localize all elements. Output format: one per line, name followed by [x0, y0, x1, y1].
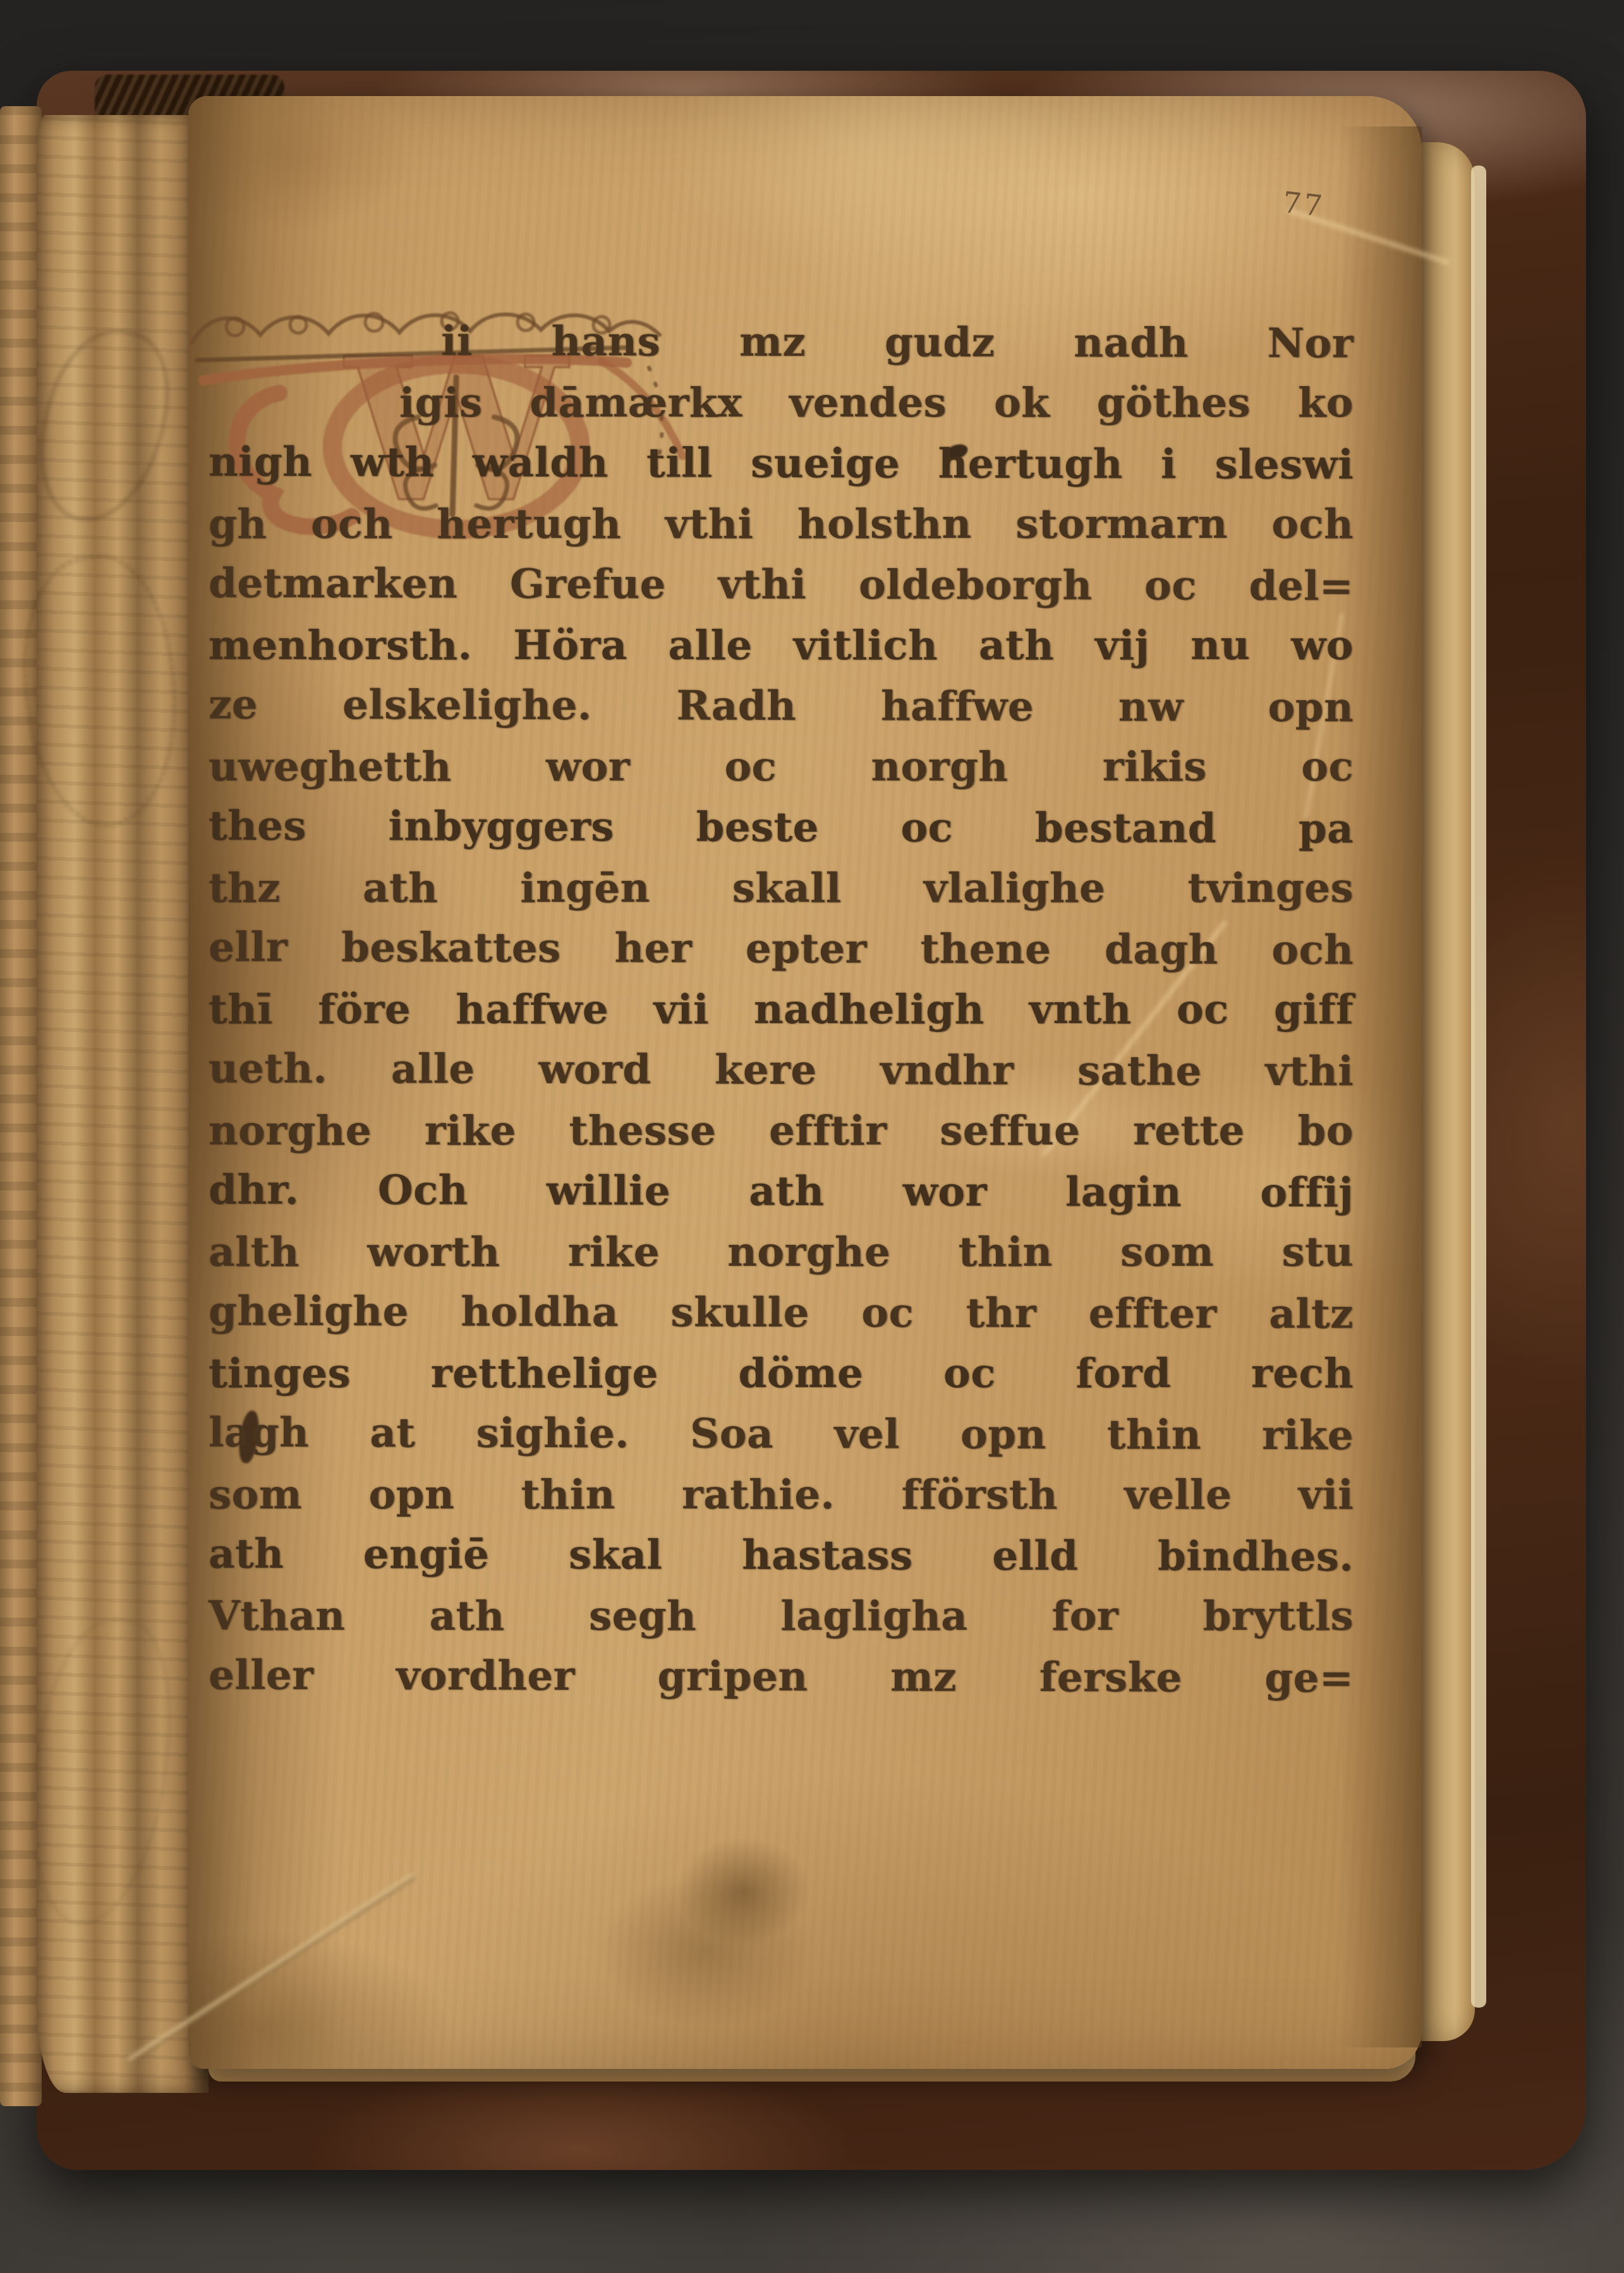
manuscript-line: gh och hertugh vthi holsthn stormarn och — [209, 500, 1354, 561]
manuscript-line: thz ath ingēn skall vlalighe tvinges — [209, 864, 1354, 925]
manuscript-line: norghe rike thesse efftir seffue rette b… — [209, 1107, 1354, 1168]
manuscript-line: thī före haffwe vii nadheligh vnth oc gi… — [209, 986, 1354, 1046]
manuscript-line: detmarken Grefue vthi oldeborgh oc del= — [209, 560, 1354, 624]
manuscript-line: igis dāmærkx vendes ok göthes ko — [209, 379, 1354, 440]
manuscript-line: ueth. alle word kere vndhr sathe vthi — [209, 1045, 1354, 1109]
manuscript-line: uweghetth wor oc norgh rikis oc — [209, 743, 1354, 804]
manuscript-line: som opn thin rathie. fförsth velle vii — [209, 1471, 1354, 1532]
manuscript-line: ellr beskattes her epter thene dagh och — [209, 924, 1354, 988]
manuscript-photo: 77 W ii hans mz gudz nadh Nor igis — [0, 0, 1624, 2273]
manuscript-line: tinges retthelige döme oc ford rech — [209, 1350, 1354, 1410]
text-block: ii hans mz gudz nadh Nor igis dāmærkx ve… — [209, 318, 1354, 1714]
manuscript-line: lagh at sighie. Soa vel opn thin rike — [209, 1409, 1354, 1473]
manuscript-line: ii hans mz gudz nadh Nor — [209, 317, 1354, 381]
manuscript-line: ath engiē skal hastass elld bindhes. — [209, 1530, 1354, 1594]
manuscript-line: dhr. Och willie ath wor lagin offij — [209, 1167, 1354, 1230]
fore-edge-sliver — [1471, 166, 1486, 2008]
manuscript-line: nigh wth waldh till sueige hertugh i sle… — [209, 439, 1354, 502]
manuscript-line: thes inbyggers beste oc bestand pa — [209, 803, 1354, 866]
manuscript-line: ze elskelighe. Radh haffwe nw opn — [209, 681, 1354, 745]
manuscript-line: alth worth rike norghe thin som stu — [209, 1228, 1354, 1289]
folio-number: 77 — [1281, 185, 1326, 224]
manuscript-line: menhorsth. Höra alle vitlich ath vij nu … — [209, 622, 1354, 682]
manuscript-line: ghelighe holdha skulle oc thr effter alt… — [209, 1288, 1354, 1352]
manuscript-line: Vthan ath segh lagligha for bryttls — [209, 1592, 1354, 1653]
manuscript-line: eller vordher gripen mz ferske ge= — [209, 1652, 1354, 1716]
